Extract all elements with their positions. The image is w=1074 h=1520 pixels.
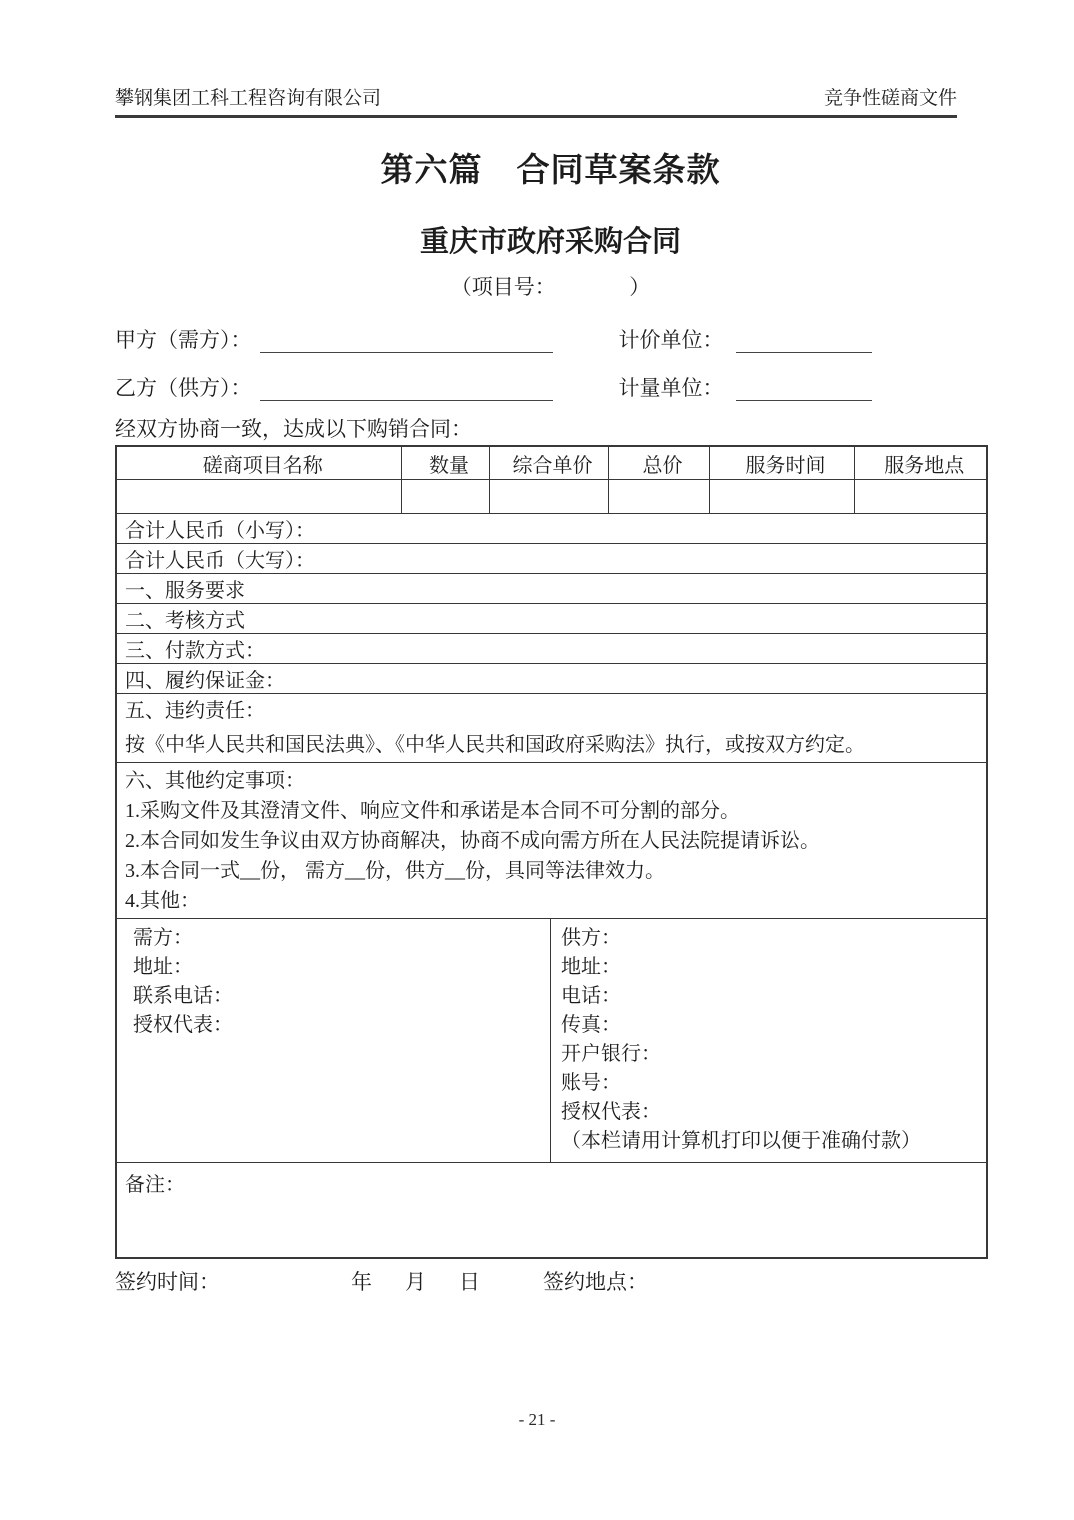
clause-6-item-2: 2.本合同如发生争议由双方协商解决，协商不成向需方所在人民法院提请诉讼。 <box>125 826 986 856</box>
clause-6-cell: 六、其他约定事项： 1.采购文件及其澄清文件、响应文件和承诺是本合同不可分割的部… <box>116 763 987 919</box>
party-b-blank <box>260 379 553 401</box>
total-lowercase-label: 合计人民币（小写）： <box>116 514 987 544</box>
month-label: 月 <box>405 1270 426 1294</box>
col-header-service-time: 服务时间 <box>709 446 854 480</box>
project-number-line: （项目号： ） <box>115 274 986 300</box>
measuring-unit-blank <box>736 379 872 401</box>
pricing-unit-label: 计价单位： <box>619 328 724 352</box>
document-page: 攀钢集团工科工程咨询有限公司 竞争性磋商文件 第六篇 合同草案条款 重庆市政府采… <box>0 0 1074 1520</box>
clause-6-item-4: 4.其他： <box>125 886 986 916</box>
col-header-unit-price: 综合单价 <box>489 446 608 480</box>
buyer-address-label: 地址： <box>133 953 550 982</box>
item-unit-price-cell <box>489 480 608 514</box>
remark-label: 备注： <box>116 1163 987 1259</box>
signing-row: 签约时间：年月日签约地点： <box>115 1270 986 1295</box>
col-header-total-price: 总价 <box>608 446 709 480</box>
buyer-info-column: 需方： 地址： 联系电话： 授权代表： <box>125 919 551 1162</box>
signing-place-label: 签约地点： <box>543 1270 648 1294</box>
signing-time-label: 签约时间： <box>115 1270 220 1294</box>
clause-6-row: 六、其他约定事项： 1.采购文件及其澄清文件、响应文件和承诺是本合同不可分割的部… <box>116 763 987 919</box>
buyer-representative-label: 授权代表： <box>133 1011 550 1040</box>
header-company-name: 攀钢集团工科工程咨询有限公司 <box>115 88 381 110</box>
supplier-fax-label: 传真： <box>561 1011 986 1040</box>
remark-row: 备注： <box>116 1163 987 1259</box>
clause-6-other-matters-label: 六、其他约定事项： <box>125 766 986 796</box>
running-header: 攀钢集团工科工程咨询有限公司 竞争性磋商文件 <box>115 88 957 118</box>
table-header-row: 磋商项目名称 数量 综合单价 总价 服务时间 服务地点 <box>116 446 987 480</box>
party-b-row: 乙方（供方）：计量单位： <box>115 375 986 401</box>
supplier-phone-label: 电话： <box>561 982 986 1011</box>
clause-4-row: 四、履约保证金： <box>116 664 987 694</box>
clause-6-item-3: 3.本合同一式__份， 需方__份，供方__份，具同等法律效力。 <box>125 856 986 886</box>
supplier-bank-label: 开户银行： <box>561 1040 986 1069</box>
clause-3-payment-method: 三、付款方式： <box>116 634 987 664</box>
supplier-name-label: 供方： <box>561 924 986 953</box>
clause-2-row: 二、考核方式 <box>116 604 987 634</box>
item-total-price-cell <box>608 480 709 514</box>
clause-1-row: 一、服务要求 <box>116 574 987 604</box>
supplier-address-label: 地址： <box>561 953 986 982</box>
party-a-label: 甲方（需方）： <box>115 328 252 352</box>
supplier-info-column: 供方： 地址： 电话： 传真： 开户银行： 账号： 授权代表： （本栏请用计算机… <box>551 919 986 1162</box>
clause-3-row: 三、付款方式： <box>116 634 987 664</box>
item-name-cell <box>116 480 401 514</box>
clause-5-liability-label: 五、违约责任： <box>125 694 986 728</box>
parties-detail-row: 需方： 地址： 联系电话： 授权代表： 供方： 地址： 电话： 传真： 开户银行… <box>116 919 987 1163</box>
clause-5-cell: 五、违约责任： 按《中华人民共和国民法典》、《中华人民共和国政府采购法》执行，或… <box>116 694 987 763</box>
clause-5-liability-body: 按《中华人民共和国民法典》、《中华人民共和国政府采购法》执行，或按双方约定。 <box>125 728 986 762</box>
clause-1-service-requirements: 一、服务要求 <box>116 574 987 604</box>
supplier-representative-label: 授权代表： <box>561 1098 986 1127</box>
buyer-name-label: 需方： <box>133 924 550 953</box>
total-uppercase-row: 合计人民币（大写）： <box>116 544 987 574</box>
party-b-label: 乙方（供方）： <box>115 376 252 400</box>
pricing-unit-blank <box>736 331 872 353</box>
party-a-row: 甲方（需方）：计价单位： <box>115 327 986 353</box>
contract-table: 磋商项目名称 数量 综合单价 总价 服务时间 服务地点 合计人民币（小写）： 合… <box>115 445 988 1259</box>
total-lowercase-row: 合计人民币（小写）： <box>116 514 987 544</box>
col-header-service-place: 服务地点 <box>854 446 987 480</box>
clause-4-performance-bond: 四、履约保证金： <box>116 664 987 694</box>
supplier-print-note: （本栏请用计算机打印以便于准确付款） <box>561 1127 986 1156</box>
day-label: 日 <box>459 1270 480 1294</box>
year-label: 年 <box>351 1270 372 1294</box>
clause-5-row: 五、违约责任： 按《中华人民共和国民法典》、《中华人民共和国政府采购法》执行，或… <box>116 694 987 763</box>
table-item-row <box>116 480 987 514</box>
measuring-unit-label: 计量单位： <box>619 376 724 400</box>
contract-title: 重庆市政府采购合同 <box>115 226 986 258</box>
buyer-phone-label: 联系电话： <box>133 982 550 1011</box>
section-title: 第六篇 合同草案条款 <box>115 152 986 190</box>
clause-2-assessment-method: 二、考核方式 <box>116 604 987 634</box>
header-document-type: 竞争性磋商文件 <box>824 88 957 110</box>
item-service-place-cell <box>854 480 987 514</box>
page-number: - 21 - <box>0 1410 1074 1430</box>
col-header-item-name: 磋商项目名称 <box>116 446 401 480</box>
party-a-blank <box>260 331 553 353</box>
col-header-quantity: 数量 <box>401 446 489 480</box>
supplier-account-label: 账号： <box>561 1069 986 1098</box>
parties-detail-cell: 需方： 地址： 联系电话： 授权代表： 供方： 地址： 电话： 传真： 开户银行… <box>116 919 987 1163</box>
item-quantity-cell <box>401 480 489 514</box>
total-uppercase-label: 合计人民币（大写）： <box>116 544 987 574</box>
item-service-time-cell <box>709 480 854 514</box>
clause-6-item-1: 1.采购文件及其澄清文件、响应文件和承诺是本合同不可分割的部分。 <box>125 796 986 826</box>
agreement-intro: 经双方协商一致，达成以下购销合同： <box>115 417 986 442</box>
